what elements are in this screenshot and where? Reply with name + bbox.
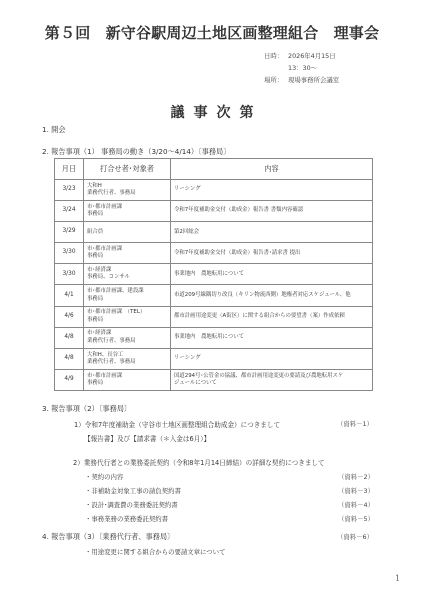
date-value: 2026年4月15日: [288, 51, 336, 60]
content-line-1: 都市計画用途変更（A街区）に関する組合からの要望書（案）作成依頼: [174, 313, 369, 320]
place-label: 場所：: [264, 75, 283, 84]
participants-line-2: 事務局、コンサル: [87, 274, 167, 281]
report-3-ref: （資料－6）: [337, 532, 373, 541]
participants-line-1: 市･都市計画課: [87, 373, 167, 380]
table-row: 3/29 組合員 第2回総会: [55, 222, 373, 243]
contract-bullet: ・設計･調査費の業務委託契約書: [85, 500, 178, 509]
table-row: 3/24 市･都市計画課事務局 令和7年度補助金交付（助成金）報告書 書類内容確…: [55, 201, 373, 222]
contract-bullet-ref: （資料－2）: [338, 472, 374, 481]
table-row: 4/8 市･経済課業務代行者、事務局 事業地内 農地転用について: [55, 327, 373, 348]
table-row: 4/6 市･都市計画課 （TEL）事務局 都市計画用途変更（A街区）に関する組合…: [55, 306, 373, 327]
participants-line-1: 大和H: [87, 183, 167, 190]
row-date: 4/8: [55, 327, 84, 348]
row-date: 4/8: [55, 348, 84, 369]
row-date: 4/6: [55, 306, 84, 327]
content-line-1: 事業地内 農地転用について: [174, 271, 369, 278]
participants-line-1: 市･経済課: [87, 330, 167, 337]
row-date: 3/23: [55, 180, 84, 201]
contract-bullet: ・契約の内容: [85, 472, 123, 481]
participants-line-2: 事務局: [87, 211, 167, 218]
participants-line-2: 業務代行者、事務局: [87, 338, 167, 345]
row-date: 3/29: [55, 222, 84, 243]
row-date: 3/30: [55, 243, 84, 264]
content-line-1: 市道209号線隅切り改良（キリン物流西側）地権者対応スケジュール、他: [174, 292, 369, 299]
contract-bullet: ・事務業務の業務委託契約書: [85, 514, 168, 523]
column-header-participants: 打合せ者･対象者: [84, 159, 171, 180]
row-content: リーシング: [171, 180, 373, 201]
document-title: 第５回 新守谷駅周辺土地区画整理組合 理事会: [0, 22, 424, 43]
report-2-sub-1: 1）令和7年度補助金（守谷市土地区画整理組合助成金）につきまして: [74, 419, 280, 429]
time-value: 13：30～: [288, 63, 317, 72]
content-line-1: 事業地内 農地転用について: [174, 334, 369, 341]
content-line-1: 令和7年度補助金交付（助成金）報告書･請求書 提出: [174, 250, 369, 257]
row-participants: 市･都市計画課 （TEL）事務局: [84, 306, 171, 327]
participants-line-2: 事務局: [87, 253, 167, 260]
row-content: 市道209号線隅切り改良（キリン物流西側）地権者対応スケジュール、他: [171, 285, 373, 306]
row-content: 令和7年度補助金交付（助成金）報告書･請求書 提出: [171, 243, 373, 264]
row-date: 4/1: [55, 285, 84, 306]
row-content: 事業地内 農地転用について: [171, 264, 373, 285]
content-line-2: ジュールについて: [174, 380, 369, 387]
table-row: 4/1 市･都市計画課、建設課事務局 市道209号線隅切り改良（キリン物流西側）…: [55, 285, 373, 306]
participants-line-2: 業務代行者、事務局: [87, 190, 167, 197]
contract-bullet-ref: （資料－5）: [338, 514, 374, 523]
report-2-sub-1-note: 【報告書】及び【請求書（＊入金は6月）】: [84, 433, 210, 443]
row-content: 令和7年度補助金交付（助成金）報告書 書類内容確認: [171, 201, 373, 222]
row-participants: 大和H、長谷工業務代行者、事務局: [84, 348, 171, 369]
row-participants: 市･経済課業務代行者、事務局: [84, 327, 171, 348]
report-3-bullet: ・用途変更に関する組合からの要請文章について: [85, 547, 225, 556]
row-participants: 市･経済課事務局、コンサル: [84, 264, 171, 285]
row-participants: 市･都市計画課、建設課事務局: [84, 285, 171, 306]
table-header-row: 月日 打合せ者･対象者 内容: [55, 159, 373, 180]
content-line-1: リーシング: [174, 355, 369, 362]
row-participants: 大和H業務代行者、事務局: [84, 180, 171, 201]
participants-line-2: 事務局: [87, 317, 167, 324]
row-participants: 組合員: [84, 222, 171, 243]
place-value: 現場事務所会議室: [288, 75, 339, 84]
agenda-item-report-3: 4. 報告事項（3）〔業務代行者、事務局〕: [42, 532, 174, 542]
row-content: 事業地内 農地転用について: [171, 327, 373, 348]
row-content: 第2回総会: [171, 222, 373, 243]
date-label: 日時：: [264, 51, 283, 60]
report-2-sub-1-ref: （資料－1）: [337, 419, 373, 428]
table-row: 3/23 大和H業務代行者、事務局 リーシング: [55, 180, 373, 201]
content-line-1: リーシング: [174, 186, 369, 193]
content-line-1: 第2回総会: [174, 229, 369, 236]
contract-bullet-ref: （資料－3）: [338, 486, 374, 495]
participants-line-1: 大和H、長谷工: [87, 352, 167, 359]
row-date: 3/24: [55, 201, 84, 222]
agenda-heading: 議事次第: [0, 102, 424, 122]
column-header-content: 内容: [171, 159, 373, 180]
participants-line-1: 市･都市計画課、建設課: [87, 288, 167, 295]
row-date: 4/9: [55, 369, 84, 390]
row-content: リーシング: [171, 348, 373, 369]
content-line-1: 令和7年度補助金交付（助成金）報告書 書類内容確認: [174, 207, 369, 214]
table-row: 4/9 市･都市計画課事務局 国道294号･公管金の協議、都市計画用途変更の要請…: [55, 369, 373, 390]
activity-table: 月日 打合せ者･対象者 内容 3/23 大和H業務代行者、事務局 リーシング 3…: [54, 158, 373, 391]
row-content: 国道294号･公管金の協議、都市計画用途変更の要請及び農地転用スケジュールについ…: [171, 369, 373, 390]
participants-line-1: 組合員: [87, 229, 167, 236]
participants-line-2: 業務代行者、事務局: [87, 359, 167, 366]
agenda-item-opening: 1. 開会: [42, 125, 66, 135]
contract-bullet-ref: （資料－4）: [338, 500, 374, 509]
content-line-1: 国道294号･公管金の協議、都市計画用途変更の要請及び農地転用スケ: [174, 373, 369, 380]
row-content: 都市計画用途変更（A街区）に関する組合からの要望書（案）作成依頼: [171, 306, 373, 327]
row-date: 3/30: [55, 264, 84, 285]
page-number: 1: [395, 574, 400, 583]
participants-line-2: 事務局: [87, 296, 167, 303]
row-participants: 市･都市計画課事務局: [84, 201, 171, 222]
row-participants: 市･都市計画課事務局: [84, 369, 171, 390]
table-row: 4/8 大和H、長谷工業務代行者、事務局 リーシング: [55, 348, 373, 369]
column-header-date: 月日: [55, 159, 84, 180]
row-participants: 市･都市計画課事務局: [84, 243, 171, 264]
table-row: 3/30 市･経済課事務局、コンサル 事業地内 農地転用について: [55, 264, 373, 285]
participants-line-2: 事務局: [87, 380, 167, 387]
agenda-item-report-2: 3. 報告事項（2）〔事務局〕: [42, 404, 131, 414]
table-row: 3/30 市･都市計画課事務局 令和7年度補助金交付（助成金）報告書･請求書 提…: [55, 243, 373, 264]
contract-bullet: ・非補助金対象工事の請負契約書: [85, 486, 181, 495]
report-2-sub-2: 2）業務代行者との業務委託契約（令和8年1月14日締結）の詳細な契約につきまして: [73, 457, 325, 467]
participants-line-1: 市･都市計画課 （TEL）: [87, 309, 167, 316]
agenda-item-report-1: 2. 報告事項（1） 事務局の動き（3/20～4/14）〔事務局〕: [42, 147, 230, 157]
